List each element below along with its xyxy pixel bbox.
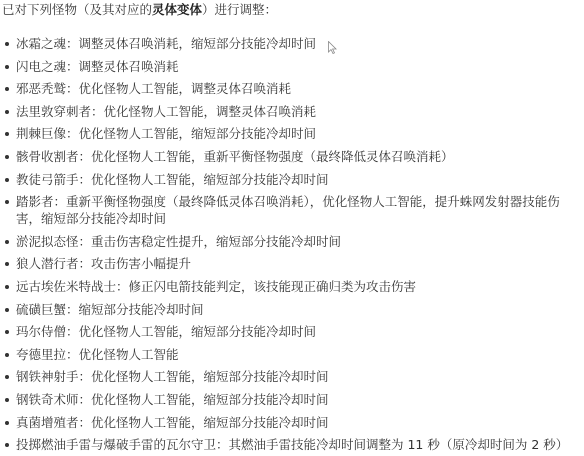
list-item: 骸骨收割者：优化怪物人工智能，重新平衡怪物强度（最终降低灵体召唤消耗） xyxy=(0,148,584,165)
list-item-text: 法里敦穿刺者：优化怪物人工智能，调整灵体召唤消耗 xyxy=(16,104,316,119)
list-item: 真菌增殖者：优化怪物人工智能，缩短部分技能冷却时间 xyxy=(0,414,584,431)
list-item-text: 远古埃佐米特战士：修正闪电箭技能判定，该技能现正确归类为攻击伤害 xyxy=(16,279,416,294)
list-item-text: 狼人潜行者：攻击伤害小幅提升 xyxy=(16,256,191,271)
bullet-icon xyxy=(5,421,9,425)
list-item: 夸德里拉：优化怪物人工智能 xyxy=(0,346,584,363)
list-item-text: 钢铁神射手：优化怪物人工智能，缩短部分技能冷却时间 xyxy=(16,369,329,384)
list-item: 踏影者：重新平衡怪物强度（最终降低灵体召唤消耗），优化怪物人工智能，提升蛛网发射… xyxy=(0,193,584,227)
intro-heading: 已对下列怪物（及其对应的灵体变体）进行调整： xyxy=(2,1,277,19)
list-item: 硫磺巨蟹：缩短部分技能冷却时间 xyxy=(0,301,584,318)
list-item-text: 踏影者：重新平衡怪物强度（最终降低灵体召唤消耗），优化怪物人工智能，提升蛛网发射… xyxy=(16,194,560,226)
bullet-icon xyxy=(5,285,9,289)
bullet-icon xyxy=(5,110,9,114)
list-item: 法里敦穿刺者：优化怪物人工智能，调整灵体召唤消耗 xyxy=(0,103,584,120)
bullet-icon xyxy=(5,330,9,334)
list-item-text: 钢铁奇术师：优化怪物人工智能，缩短部分技能冷却时间 xyxy=(16,392,329,407)
list-item: 教徒弓箭手：优化怪物人工智能，缩短部分技能冷却时间 xyxy=(0,171,584,188)
bullet-icon xyxy=(5,65,9,69)
bullet-icon xyxy=(5,178,9,182)
bullet-icon xyxy=(5,200,9,204)
list-item-text: 夸德里拉：优化怪物人工智能 xyxy=(16,347,179,362)
bullet-icon xyxy=(5,155,9,159)
list-item-text: 冰霜之魂：调整灵体召唤消耗，缩短部分技能冷却时间 xyxy=(16,36,316,51)
list-item-text: 闪电之魂：调整灵体召唤消耗 xyxy=(16,59,179,74)
bullet-icon xyxy=(5,375,9,379)
list-item: 冰霜之魂：调整灵体召唤消耗，缩短部分技能冷却时间 xyxy=(0,35,584,52)
list-item-text: 荆棘巨像：优化怪物人工智能，缩短部分技能冷却时间 xyxy=(16,126,316,141)
list-item: 淤泥拟态怪：重击伤害稳定性提升，缩短部分技能冷却时间 xyxy=(0,233,584,250)
list-item-text: 淤泥拟态怪：重击伤害稳定性提升，缩短部分技能冷却时间 xyxy=(16,234,341,249)
list-item-text: 教徒弓箭手：优化怪物人工智能，缩短部分技能冷却时间 xyxy=(16,172,329,187)
bullet-icon xyxy=(5,42,9,46)
list-item-text: 邪恶秃鹫：优化怪物人工智能，调整灵体召唤消耗 xyxy=(16,81,291,96)
heading-bold-term: 灵体变体 xyxy=(152,2,202,17)
list-item: 狼人潜行者：攻击伤害小幅提升 xyxy=(0,255,584,272)
list-item: 钢铁奇术师：优化怪物人工智能，缩短部分技能冷却时间 xyxy=(0,391,584,408)
monster-change-list: 冰霜之魂：调整灵体召唤消耗，缩短部分技能冷却时间 闪电之魂：调整灵体召唤消耗 邪… xyxy=(0,35,584,456)
bullet-icon xyxy=(5,87,9,91)
bullet-icon xyxy=(5,240,9,244)
list-item-text: 硫磺巨蟹：缩短部分技能冷却时间 xyxy=(16,302,204,317)
bullet-icon xyxy=(5,443,9,447)
list-item-text: 玛尔侍僧：优化怪物人工智能，缩短部分技能冷却时间 xyxy=(16,324,316,339)
list-item: 玛尔侍僧：优化怪物人工智能，缩短部分技能冷却时间 xyxy=(0,323,584,340)
list-item: 邪恶秃鹫：优化怪物人工智能，调整灵体召唤消耗 xyxy=(0,80,584,97)
bullet-icon xyxy=(5,398,9,402)
mouse-cursor-icon xyxy=(328,41,337,54)
list-item: 荆棘巨像：优化怪物人工智能，缩短部分技能冷却时间 xyxy=(0,125,584,142)
list-item-text: 骸骨收割者：优化怪物人工智能，重新平衡怪物强度（最终降低灵体召唤消耗） xyxy=(16,149,454,164)
bullet-icon xyxy=(5,308,9,312)
list-item: 投掷燃油手雷与爆破手雷的瓦尔守卫：其燃油手雷技能冷却时间调整为 11 秒（原冷却… xyxy=(0,436,584,453)
bullet-icon xyxy=(5,132,9,136)
list-item: 闪电之魂：调整灵体召唤消耗 xyxy=(0,58,584,75)
list-item-text: 投掷燃油手雷与爆破手雷的瓦尔守卫：其燃油手雷技能冷却时间调整为 11 秒（原冷却… xyxy=(16,437,568,452)
heading-prefix: 已对下列怪物（及其对应的 xyxy=(2,2,152,17)
list-item-text: 真菌增殖者：优化怪物人工智能，缩短部分技能冷却时间 xyxy=(16,415,329,430)
bullet-icon xyxy=(5,262,9,266)
list-item: 钢铁神射手：优化怪物人工智能，缩短部分技能冷却时间 xyxy=(0,368,584,385)
bullet-icon xyxy=(5,353,9,357)
list-item: 远古埃佐米特战士：修正闪电箭技能判定，该技能现正确归类为攻击伤害 xyxy=(0,278,584,295)
heading-suffix: ）进行调整： xyxy=(202,2,277,17)
